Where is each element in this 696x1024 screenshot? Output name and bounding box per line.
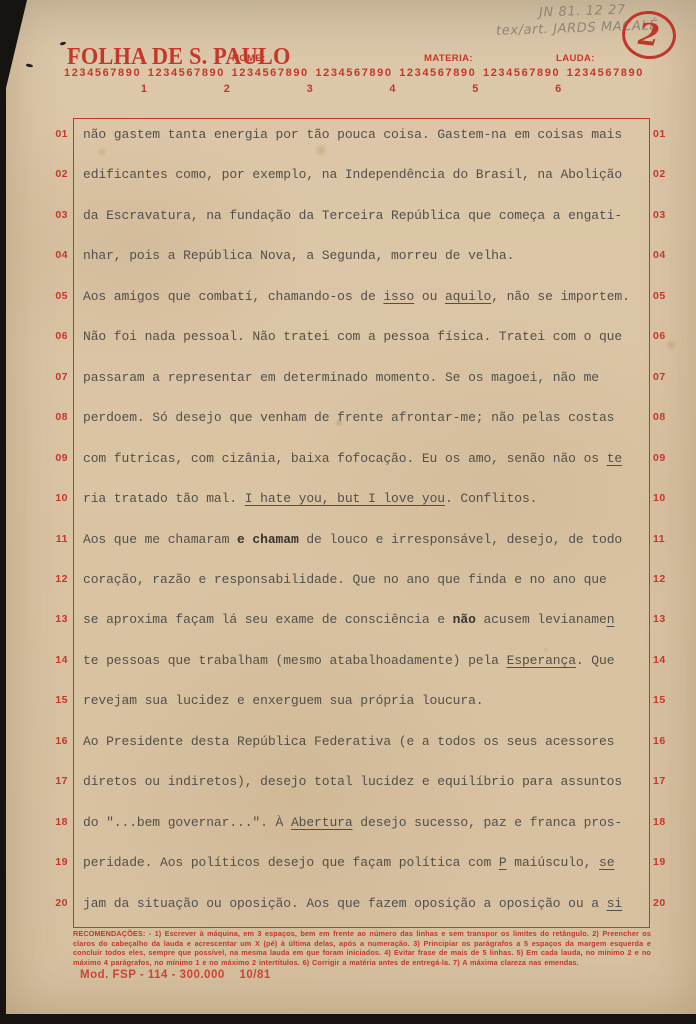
line-number-left: 17 bbox=[44, 775, 68, 787]
typed-text: edificantes como, por exemplo, na Indepe… bbox=[83, 167, 622, 182]
line-number-right: 08 bbox=[653, 411, 677, 423]
typed-text: maiúsculo, bbox=[507, 855, 599, 870]
line-number-right: 18 bbox=[653, 816, 677, 828]
typed-text: não gastem tanta energia por tão pouca c… bbox=[83, 127, 622, 142]
field-label-nome: NOME: bbox=[232, 53, 266, 64]
line-number-left: 03 bbox=[44, 209, 68, 221]
typed-text: ria tratado tão mal. bbox=[83, 491, 245, 506]
character-count-ruler: 1234567890123456789012345678901234567890… bbox=[64, 67, 644, 79]
typed-line: edificantes como, por exemplo, na Indepe… bbox=[83, 167, 645, 182]
line-number-right: 16 bbox=[653, 735, 677, 747]
typed-underlined-text: n bbox=[607, 612, 615, 627]
column-number-marks: 123456 bbox=[64, 83, 644, 97]
line-number-right: 01 bbox=[653, 128, 677, 140]
typed-line: ria tratado tão mal. I hate you, but I l… bbox=[83, 491, 645, 506]
typed-line: não gastem tanta energia por tão pouca c… bbox=[83, 127, 645, 142]
line-number-right: 12 bbox=[653, 573, 677, 585]
ruler-digit-group: 1234567890 bbox=[64, 67, 141, 79]
ruler-column-mark: 4 bbox=[389, 83, 395, 95]
line-number-left: 20 bbox=[44, 897, 68, 909]
typed-text: da Escravatura, na fundação da Terceira … bbox=[83, 208, 622, 223]
typed-text: coração, razão e responsabilidade. Que n… bbox=[83, 572, 607, 587]
typed-line: diretos ou indiretos), desejo total luci… bbox=[83, 774, 645, 789]
typed-text: Ao Presidente desta República Federativa… bbox=[83, 734, 614, 749]
line-number-left: 11 bbox=[44, 533, 68, 545]
line-number-right: 09 bbox=[653, 452, 677, 464]
typed-text: nhar, pois a República Nova, a Segunda, … bbox=[83, 248, 514, 263]
line-number-right: 17 bbox=[653, 775, 677, 787]
line-number-right: 14 bbox=[653, 654, 677, 666]
typed-line: jam da situação ou oposição. Aos que faz… bbox=[83, 896, 645, 911]
typed-text: se aproxima façam lá seu exame de consci… bbox=[83, 612, 453, 627]
field-label-materia: MATERIA: bbox=[424, 53, 473, 64]
typed-underlined-text: te bbox=[607, 451, 622, 466]
line-number-left: 16 bbox=[44, 735, 68, 747]
typed-text: de louco e irresponsável, desejo, de tod… bbox=[299, 532, 622, 547]
line-number-left: 10 bbox=[44, 492, 68, 504]
handwritten-date-note: JN 81. 12 27 bbox=[539, 2, 626, 20]
line-number-right: 20 bbox=[653, 897, 677, 909]
ruler-digit-group: 1234567890 bbox=[399, 67, 476, 79]
ruler-digit-group: 1234567890 bbox=[483, 67, 560, 79]
typed-line: nhar, pois a República Nova, a Segunda, … bbox=[83, 248, 645, 263]
line-number-right: 06 bbox=[653, 330, 677, 342]
typed-underlined-text: P bbox=[499, 855, 507, 870]
line-number-left: 02 bbox=[44, 168, 68, 180]
typed-line: Aos que me chamaram e chamam de louco e … bbox=[83, 532, 645, 547]
typed-line: coração, razão e responsabilidade. Que n… bbox=[83, 572, 645, 587]
ruler-digit-group: 1234567890 bbox=[567, 67, 644, 79]
typed-text: te pessoas que trabalham (mesmo atabalho… bbox=[83, 653, 507, 668]
typed-text: do "...bem governar...". À bbox=[83, 815, 291, 830]
typed-line: com futricas, com cizânia, baixa fofocaç… bbox=[83, 451, 645, 466]
typed-text: jam da situação ou oposição. Aos que faz… bbox=[83, 896, 607, 911]
typed-line: Ao Presidente desta República Federativa… bbox=[83, 734, 645, 749]
typed-underlined-text: I hate you, but I love you bbox=[245, 491, 445, 506]
typed-text: . Que bbox=[576, 653, 615, 668]
typed-underlined-text: se bbox=[599, 855, 614, 870]
ruler-digit-group: 1234567890 bbox=[148, 67, 225, 79]
line-number-left: 01 bbox=[44, 128, 68, 140]
typing-area-frame: 01não gastem tanta energia por tão pouca… bbox=[73, 118, 650, 928]
typed-emphasized-text: não bbox=[453, 612, 476, 627]
line-number-right: 11 bbox=[653, 533, 677, 545]
line-number-right: 19 bbox=[653, 856, 677, 868]
typed-text: Aos amigos que combatí, chamando-os de bbox=[83, 289, 383, 304]
typed-text: passaram a representar em determinado mo… bbox=[83, 370, 599, 385]
typed-line: revejam sua lucidez e enxerguem sua próp… bbox=[83, 693, 645, 708]
ruler-column-mark: 3 bbox=[307, 83, 313, 95]
line-number-right: 02 bbox=[653, 168, 677, 180]
typed-line: peridade. Aos políticos desejo que façam… bbox=[83, 855, 645, 870]
typed-line: Aos amigos que combatí, chamando-os de i… bbox=[83, 289, 645, 304]
line-number-left: 14 bbox=[44, 654, 68, 666]
typed-line: Não foi nada pessoal. Não tratei com a p… bbox=[83, 329, 645, 344]
typed-emphasized-text: e chamam bbox=[237, 532, 299, 547]
typed-underlined-text: Abertura bbox=[291, 815, 353, 830]
typed-text: revejam sua lucidez e enxerguem sua próp… bbox=[83, 693, 483, 708]
typed-text: Não foi nada pessoal. Não tratei com a p… bbox=[83, 329, 622, 344]
line-number-right: 03 bbox=[653, 209, 677, 221]
ruler-column-mark: 1 bbox=[141, 83, 147, 95]
ink-speck bbox=[60, 41, 67, 46]
typed-line: te pessoas que trabalham (mesmo atabalho… bbox=[83, 653, 645, 668]
torn-corner bbox=[6, 0, 27, 88]
footer-recommendations: RECOMENDAÇÕES: - 1) Escrever à máquina, … bbox=[73, 929, 651, 967]
typed-line: passaram a representar em determinado mo… bbox=[83, 370, 645, 385]
ruler-column-mark: 2 bbox=[224, 83, 230, 95]
typed-text: diretos ou indiretos), desejo total luci… bbox=[83, 774, 622, 789]
typed-line: perdoem. Só desejo que venham de frente … bbox=[83, 410, 645, 425]
page-number: 2 bbox=[637, 16, 662, 53]
ruler-column-mark: 6 bbox=[555, 83, 561, 95]
typed-line: da Escravatura, na fundação da Terceira … bbox=[83, 208, 645, 223]
line-number-left: 15 bbox=[44, 694, 68, 706]
typed-text: com futricas, com cizânia, baixa fofocaç… bbox=[83, 451, 607, 466]
typed-text: . Conflitos. bbox=[445, 491, 537, 506]
line-number-left: 13 bbox=[44, 613, 68, 625]
typed-underlined-text: aquilo bbox=[445, 289, 491, 304]
line-number-right: 05 bbox=[653, 290, 677, 302]
line-number-left: 07 bbox=[44, 371, 68, 383]
page-number-badge: 2 bbox=[619, 8, 678, 62]
line-number-left: 19 bbox=[44, 856, 68, 868]
line-number-left: 04 bbox=[44, 249, 68, 261]
typed-line: se aproxima façam lá seu exame de consci… bbox=[83, 612, 645, 627]
line-number-left: 05 bbox=[44, 290, 68, 302]
typed-text: , não se importem. bbox=[491, 289, 630, 304]
field-label-lauda: LAUDA: bbox=[556, 53, 595, 64]
typed-text: peridade. Aos políticos desejo que façam… bbox=[83, 855, 499, 870]
line-number-left: 08 bbox=[44, 411, 68, 423]
ruler-digit-group: 1234567890 bbox=[315, 67, 392, 79]
line-number-right: 13 bbox=[653, 613, 677, 625]
typed-text: acusem levianame bbox=[476, 612, 607, 627]
line-number-right: 04 bbox=[653, 249, 677, 261]
typed-underlined-text: si bbox=[607, 896, 622, 911]
scanned-lauda-page: JN 81. 12 27 tex/art. JARDS MACALÉ 2 FOL… bbox=[6, 0, 696, 1014]
typed-text: ou bbox=[414, 289, 445, 304]
line-number-right: 07 bbox=[653, 371, 677, 383]
ruler-digit-group: 1234567890 bbox=[232, 67, 309, 79]
footer-model-number: Mod. FSP - 114 - 300.000 10/81 bbox=[80, 969, 271, 981]
line-number-left: 06 bbox=[44, 330, 68, 342]
typed-line: do "...bem governar...". À Abertura dese… bbox=[83, 815, 645, 830]
typed-text: perdoem. Só desejo que venham de frente … bbox=[83, 410, 614, 425]
typed-text: desejo sucesso, paz e franca pros- bbox=[353, 815, 623, 830]
ink-speck bbox=[26, 64, 33, 68]
line-number-right: 10 bbox=[653, 492, 677, 504]
line-number-left: 18 bbox=[44, 816, 68, 828]
ruler-column-mark: 5 bbox=[472, 83, 478, 95]
line-number-left: 09 bbox=[44, 452, 68, 464]
typed-underlined-text: isso bbox=[383, 289, 414, 304]
typed-underlined-text: Esperança bbox=[507, 653, 576, 668]
line-number-right: 15 bbox=[653, 694, 677, 706]
typed-text: Aos que me chamaram bbox=[83, 532, 237, 547]
line-number-left: 12 bbox=[44, 573, 68, 585]
